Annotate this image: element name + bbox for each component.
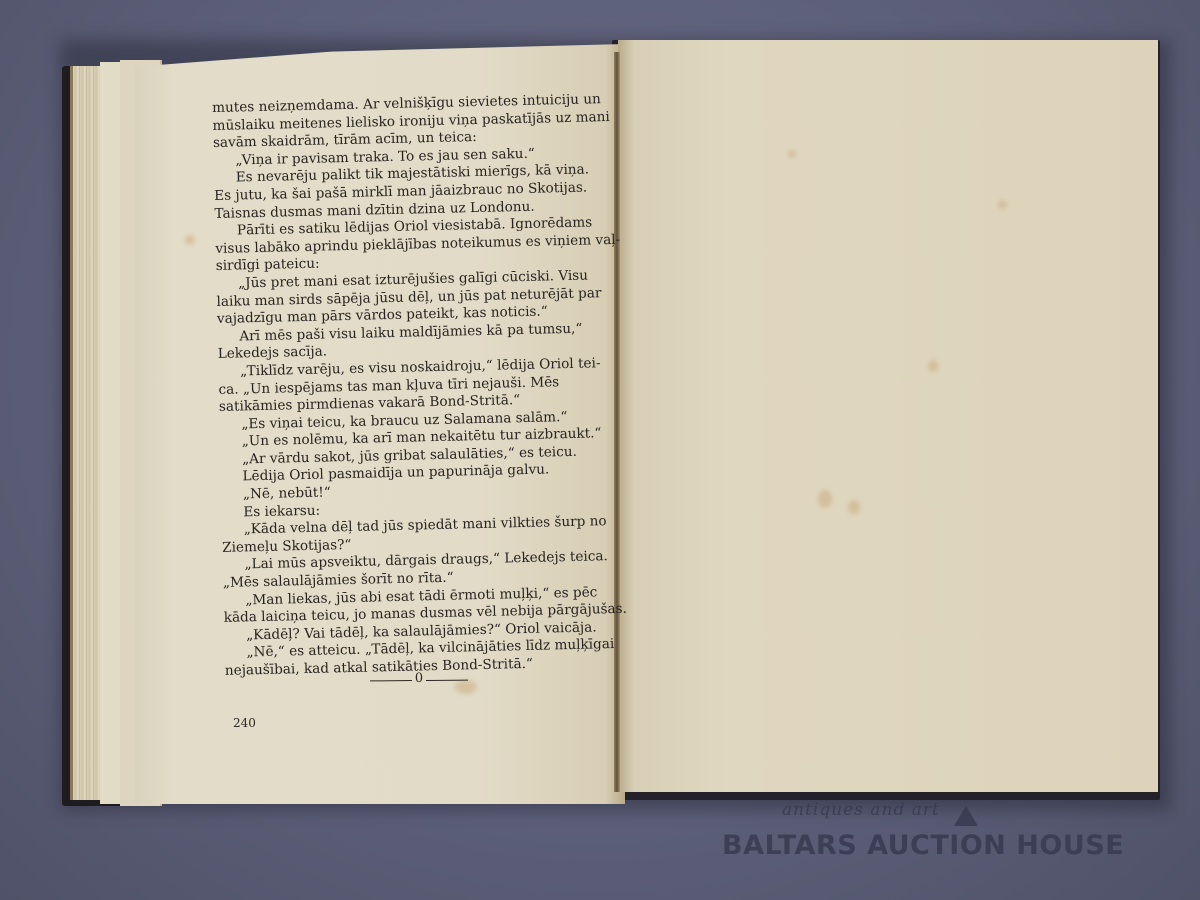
watermark-name: BALTARS AUCTION HOUSE (722, 830, 1124, 861)
crown-icon (954, 806, 978, 826)
foxing-stain (185, 235, 195, 245)
foxing-stain (928, 360, 938, 372)
foxing-stain (998, 200, 1007, 209)
foxing-stain (818, 490, 832, 508)
page-text: mutes neizņemdama. Ar velnišķīgu sieviet… (212, 91, 625, 681)
watermark: antiques and art BALTARS AUCTION HOUSE (722, 800, 1122, 870)
page-number: 240 (233, 716, 256, 730)
watermark-tagline: antiques and art (782, 800, 940, 820)
foxing-stain (848, 500, 860, 514)
foxing-stain (788, 150, 796, 158)
right-page (618, 40, 1158, 792)
chapter-end-ornament: 0 (370, 673, 468, 688)
